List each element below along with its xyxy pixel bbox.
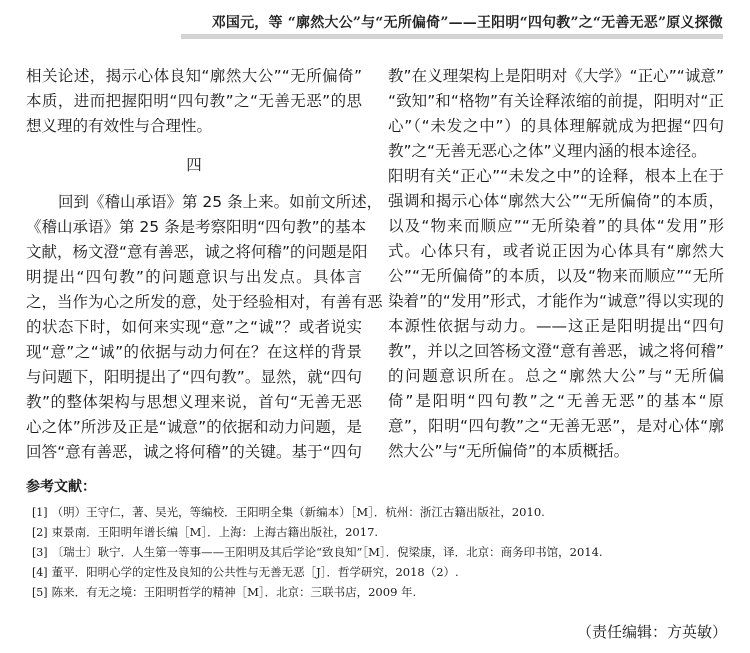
paragraph-line: 现“意”之“诚”的依据与动力何在？在这样的背景 — [26, 340, 362, 365]
paragraph-line: 倚”是阳明“四句教”之“无善无恶”的基本“原 — [388, 389, 724, 414]
paragraph-line: 意”，阳明“四句教”之“无善无恶”，是对心体“廓 — [388, 414, 724, 439]
reference-item: [2]束景南．王阳明年谱长编［M］．上海：上海古籍出版社，2017. — [26, 522, 603, 542]
reference-text: 〔瑞士〕耿宁．人生第一等事——王阳明及其后学论“致良知”［M］．倪梁康，译．北京… — [52, 545, 603, 559]
reference-item: [5]陈来．有无之境：王阳明哲学的精神［M］．北京：三联书店，2009 年. — [26, 582, 603, 602]
right-column: 教”在义理架构上是阳明对《大学》“正心”“诚意” “致知”和“格物”有关诠释浓缩… — [388, 64, 724, 464]
reference-number: [2] — [32, 523, 48, 543]
paragraph-line: 心”（“未发之中”）的具体理解就成为把握“四句 — [388, 114, 724, 139]
reference-text: 束景南．王阳明年谱长编［M］．上海：上海古籍出版社，2017. — [52, 525, 378, 539]
paragraph-line: 回到《稽山承语》第 25 条上来。如前文所述， — [26, 190, 362, 215]
left-column: 相关论述，揭示心体良知“廓然大公”“无所偏倚” 本质，进而把握阳明“四句教”之“… — [26, 64, 362, 465]
paragraph-line: 回答“意有善恶，诚之将何稽”的关键。基于“四句 — [26, 440, 362, 465]
paragraph-line: 想义理的有效性与合理性。 — [26, 114, 362, 139]
paragraph-line: 阳明有关“正心”“未发之中”的诠释，根本上在于 — [388, 164, 724, 189]
running-head: 邓国元，等 “廓然大公”与“无所偏倚”——王阳明“四句教”之“无善无恶”原义探微 — [212, 12, 723, 32]
reference-number: [4] — [32, 563, 48, 583]
reference-item: [3]〔瑞士〕耿宁．人生第一等事——王阳明及其后学论“致良知”［M］．倪梁康，译… — [26, 542, 603, 562]
paragraph-line: 教”的整体架构与思想义理来说，首句“无善无恶 — [26, 390, 362, 415]
paragraph-line: 公”“无所偏倚”的本质，以及“物来而顺应”“无所 — [388, 264, 724, 289]
reference-number: [1] — [32, 503, 48, 523]
paragraph-line: “致知”和“格物”有关诠释浓缩的前提，阳明对“正 — [388, 89, 724, 114]
paragraph-line: 相关论述，揭示心体良知“廓然大公”“无所偏倚” — [26, 64, 362, 89]
reference-number: [3] — [32, 543, 48, 563]
paragraph-line: 《稽山承语》第 25 条是考察阳明“四句教”的基本 — [26, 215, 362, 240]
reference-number: [5] — [32, 583, 48, 603]
paragraph-line: 的状态下时，如何来实现“意”之“诚”？或者说实 — [26, 315, 362, 340]
paragraph-line: 以及“物来而顺应”“无所染着”的具体“发用”形 — [388, 214, 724, 239]
reference-item: [4]董平．阳明心学的定性及良知的公共性与无善无恶［J］．哲学研究，2018（2… — [26, 562, 603, 582]
paragraph-line: 的问题意识所在。总之“廓然大公”与“无所偏 — [388, 364, 724, 389]
references-section: 参考文献： [1]（明）王守仁，著、吴光，等编校．王阳明全集（新编本）［M］．杭… — [26, 478, 603, 602]
paragraph-line: 强调和揭示心体“廓然大公”“无所偏倚”的本质， — [388, 189, 724, 214]
reference-text: 董平．阳明心学的定性及良知的公共性与无善无恶［J］．哲学研究，2018（2）. — [52, 565, 459, 579]
editor-note: （责任编辑：方英敏） — [577, 621, 727, 642]
paragraph-line: 心之体”所涉及正是“诚意”的依据和动力问题，是 — [26, 415, 362, 440]
paragraph-line: 教”在义理架构上是阳明对《大学》“正心”“诚意” — [388, 64, 724, 89]
paragraph-line: 与问题下，阳明提出了“四句教”。显然，就“四句 — [26, 365, 362, 390]
paragraph-line: 文献，杨文澄“意有善恶，诚之将何稽”的问题是阳 — [26, 240, 362, 265]
paragraph-line: 本质，进而把握阳明“四句教”之“无善无恶”的思 — [26, 89, 362, 114]
reference-item: [1]（明）王守仁，著、吴光，等编校．王阳明全集（新编本）［M］．杭州：浙江古籍… — [26, 502, 603, 522]
reference-text: 陈来．有无之境：王阳明哲学的精神［M］．北京：三联书店，2009 年. — [52, 585, 417, 599]
paragraph-line: 教”之“无善无恶心之体”义理内涵的根本途径。 — [388, 139, 724, 164]
paragraph-line: 本源性依据与动力。——这正是阳明提出“四句 — [388, 314, 724, 339]
reference-text: （明）王守仁，著、吴光，等编校．王阳明全集（新编本）［M］．杭州：浙江古籍出版社… — [52, 505, 545, 519]
paragraph-line: 教”，并以之回答杨文澄“意有善恶，诚之将何稽” — [388, 339, 724, 364]
paragraph-line: 然大公”与“无所偏倚”的本质概括。 — [388, 439, 724, 464]
paragraph-line: 染着”的“发用”形式，才能作为“诚意”得以实现的 — [388, 289, 724, 314]
paragraph-line: 之，当作为心之所发的意，处于经验相对，有善有恶 — [26, 290, 362, 315]
header-rule — [181, 34, 723, 39]
references-title: 参考文献： — [26, 478, 603, 496]
paragraph-line: 明提出“四句教”的问题意识与出发点。具体言 — [26, 265, 362, 290]
section-heading: 四 — [26, 153, 362, 178]
paragraph-line: 式。心体只有，或者说正因为心体具有“廓然大 — [388, 239, 724, 264]
